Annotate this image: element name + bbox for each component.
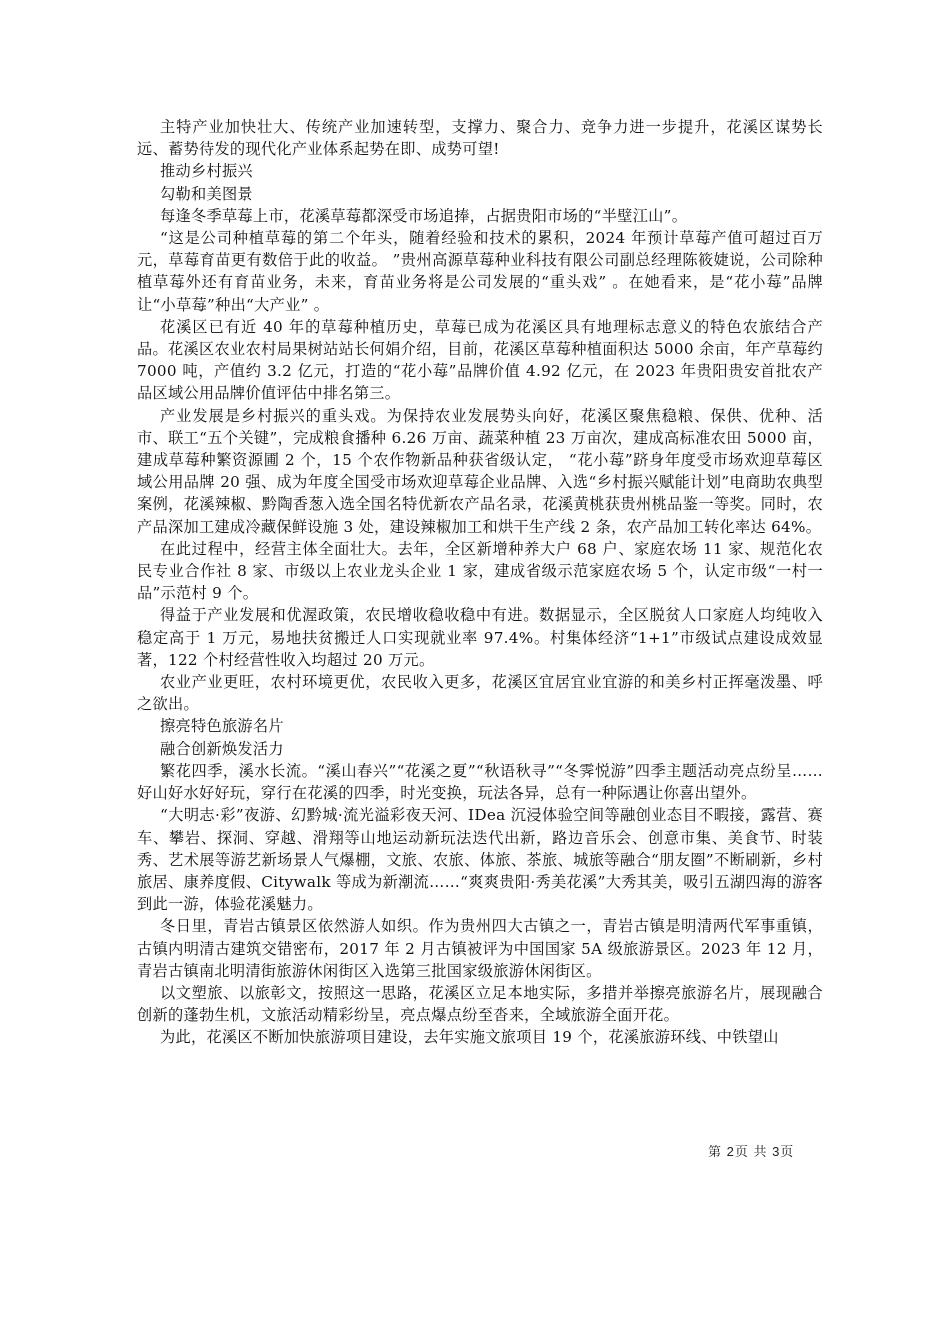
paragraph-company-quote: “这是公司种植草莓的第二个年头，随着经验和技术的累积，2024 年预计草莓产值可… [137, 227, 823, 316]
paragraph-rural-summary: 农业产业更旺，农村环境更优，农民收入更多，花溪区宜居宜业宜游的和美乡村正挥毫泼墨… [137, 671, 823, 715]
paragraph-industry-development: 产业发展是乡村振兴的重头戏。为保持农业发展势头向好，花溪区聚焦稳粮、保供、优种、… [137, 405, 823, 538]
paragraph-farmer-income: 得益于产业发展和优渥政策，农民增收稳收稳中有进。数据显示，全区脱贫人口家庭人均纯… [137, 604, 823, 671]
section-heading-tourism-card: 擦亮特色旅游名片 [137, 715, 823, 737]
paragraph-qingyan-ancient-town: 冬日里，青岩古镇景区依然游人如织。作为贵州四大古镇之一，青岩古镇是明清两代军事重… [137, 915, 823, 982]
paragraph-strawberry-market: 每逢冬季草莓上市，花溪草莓都深受市场追捧，占据贵阳市场的“半壁江山”。 [137, 205, 823, 227]
paragraph-intro-conclusion: 主特产业加快壮大、传统产业加速转型，支撑力、聚合力、竞争力进一步提升，花溪区谋势… [137, 116, 823, 160]
section-subheading-harmonious-picture: 勾勒和美图景 [137, 183, 823, 205]
paragraph-business-entities: 在此过程中，经营主体全面壮大。去年，全区新增种养大户 68 户、家庭农场 11 … [137, 538, 823, 605]
section-subheading-innovation-vitality: 融合创新焕发活力 [137, 738, 823, 760]
section-heading-rural-revitalization: 推动乡村振兴 [137, 160, 823, 182]
paragraph-strawberry-history: 花溪区已有近 40 年的草莓种植历史，草莓已成为花溪区具有地理标志意义的特色农旅… [137, 316, 823, 405]
paragraph-tourism-projects: 为此，花溪区不断加快旅游项目建设，去年实施文旅项目 19 个，花溪旅游环线、中铁… [137, 1026, 823, 1048]
page-number-footer: 第 2页 共 3页 [708, 1141, 794, 1160]
paragraph-four-seasons: 繁花四季，溪水长流。“溪山春兴”“花溪之夏”“秋语秋寻”“冬霁悦游”四季主题活动… [137, 760, 823, 804]
document-page: 主特产业加快壮大、传统产业加速转型，支撑力、聚合力、竞争力进一步提升，花溪区谋势… [137, 116, 823, 1049]
paragraph-culture-tourism-integration: 以文塑旅、以旅彰文，按照这一思路，花溪区立足本地实际，多措并举擦亮旅游名片，展现… [137, 982, 823, 1026]
paragraph-new-tourism-formats: “大明志·彩”夜游、幻黔城·流光溢彩夜天河、IDea 沉浸体验空间等融创业态目不… [137, 804, 823, 915]
